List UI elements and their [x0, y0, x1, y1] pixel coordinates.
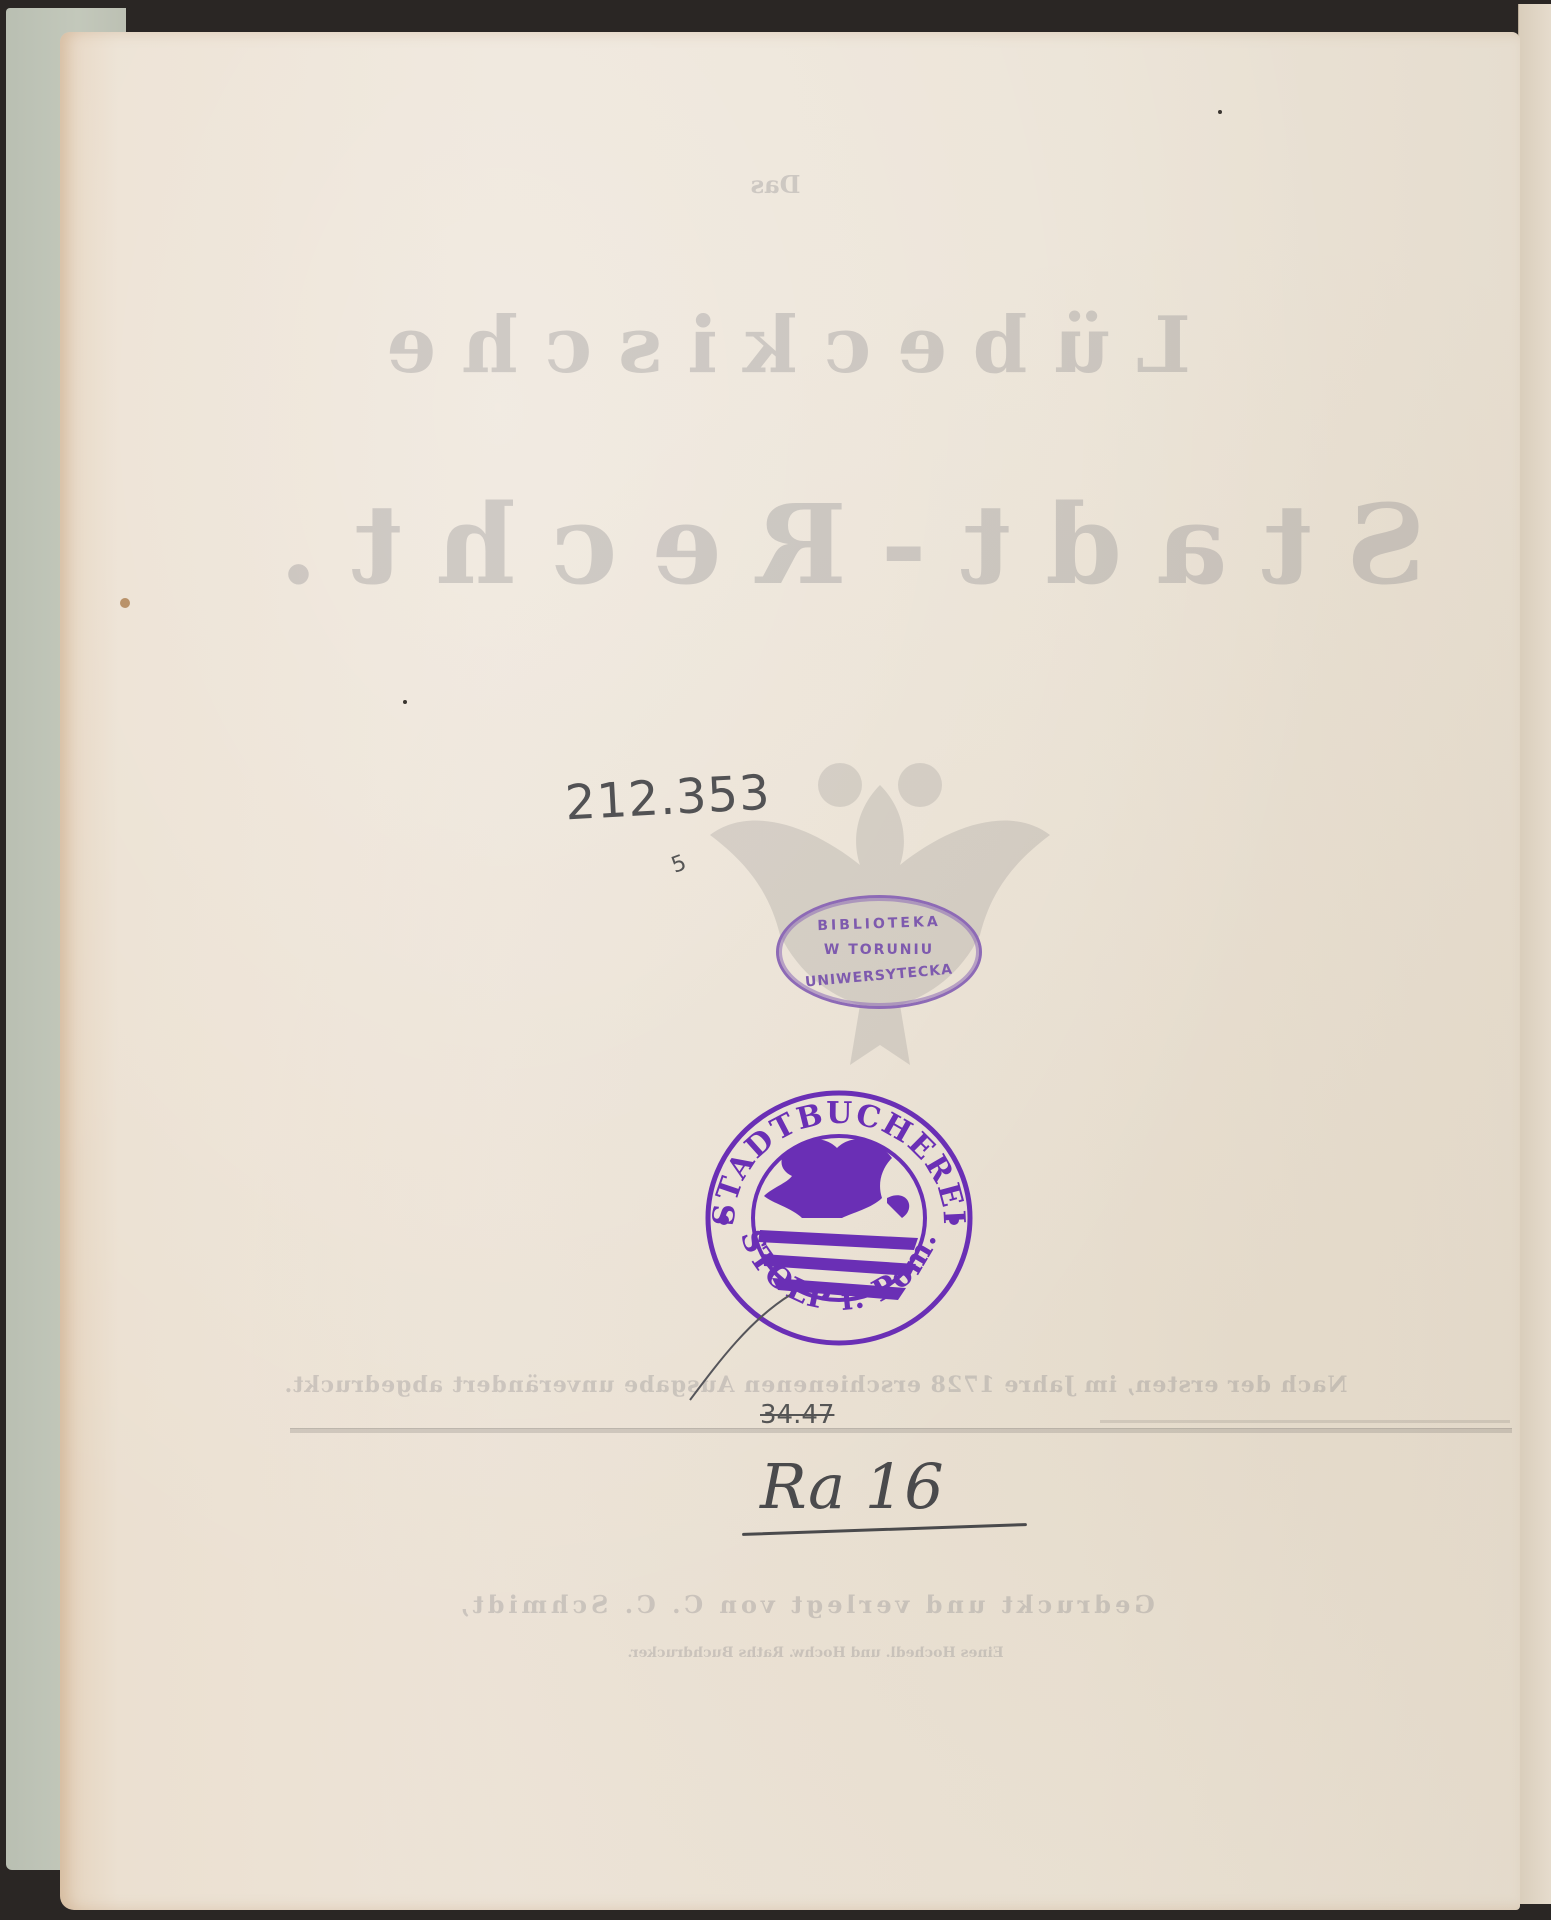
- stamp-oval-line1: BIBLIOTEKA: [779, 913, 979, 936]
- stamp-oval-line3: UNIWERSYTECKA: [779, 959, 980, 992]
- show-through-title-line1: Lübeckische: [0, 300, 1551, 391]
- stamp-star-right-icon: [949, 1215, 959, 1225]
- handwritten-new-shelfmark: Ra 16: [760, 1450, 944, 1523]
- show-through-printer-line: Gedruckt und verlegt von C. C. Schmidt,: [30, 1590, 1551, 1619]
- pencil-curve-mark: [680, 1290, 800, 1410]
- show-through-rule: [290, 1428, 1512, 1433]
- handwritten-shelfmark: 212.353: [564, 765, 772, 832]
- show-through-das: Das: [0, 170, 1551, 199]
- stamp-oval-line2: W TORUNIU: [779, 942, 979, 958]
- page-edge-right: [1518, 4, 1551, 1904]
- stamp-star-left-icon: [719, 1215, 729, 1225]
- show-through-privilege-line: Eines Hochedl. und Hochw. Raths Buchdruc…: [40, 1645, 1551, 1661]
- library-stamp-oval: BIBLIOTEKA W TORUNIU UNIWERSYTECKA: [776, 895, 982, 1009]
- show-through-rule-short: [1100, 1420, 1510, 1423]
- show-through-title-line2: Stadt-Recht.: [60, 480, 1551, 609]
